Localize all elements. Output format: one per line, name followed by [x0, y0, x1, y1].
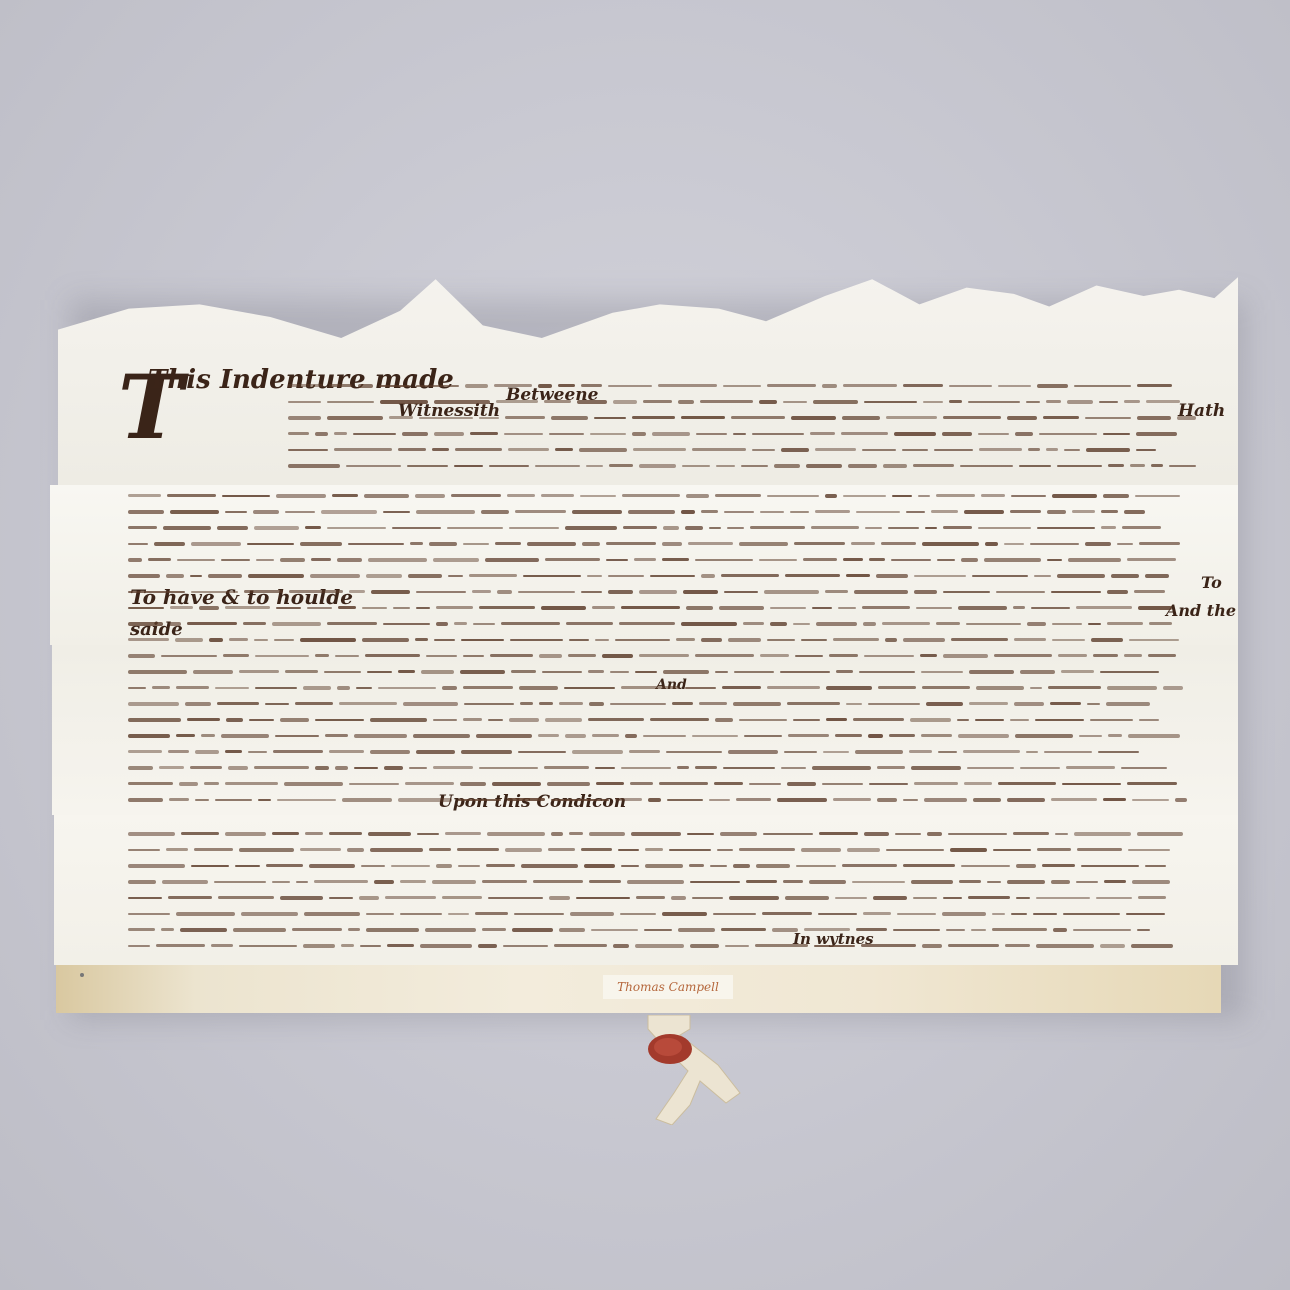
- handwritten-text-block-2: [128, 485, 1208, 805]
- photo-scene: T This Indenture made Betweene Witnessit…: [0, 0, 1290, 1290]
- parchment-seal-tag-ribbon: [630, 1015, 750, 1125]
- endorsement-label: Thomas Campell: [603, 975, 733, 999]
- pin-hole: [80, 973, 84, 977]
- handwritten-text-block-1: [288, 375, 1208, 475]
- handwritten-text-block-3: [128, 823, 1208, 953]
- indenture-document: T This Indenture made Betweene Witnessit…: [58, 275, 1238, 1010]
